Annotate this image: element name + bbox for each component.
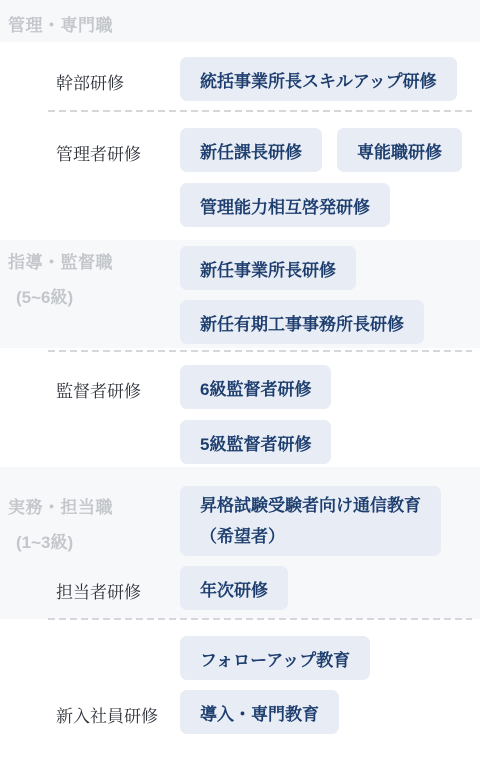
dashed-divider-1 bbox=[48, 110, 472, 112]
category-sublabel-staff-grade: (1~3級) bbox=[16, 528, 73, 553]
training-box-grade6-supervisor: 6級監督者研修 bbox=[180, 365, 331, 409]
training-box-intro-specialized-education: 導入・専門教育 bbox=[180, 690, 339, 734]
training-box-new-section-chief: 新任課長研修 bbox=[180, 128, 322, 172]
row-label-supervisor-training: 監督者研修 bbox=[56, 377, 141, 402]
category-label-staff: 実務・担当職 bbox=[8, 493, 113, 518]
training-box-management-mutual-dev: 管理能力相互啓発研修 bbox=[180, 183, 390, 227]
training-box-new-office-manager: 新任事業所長研修 bbox=[180, 246, 356, 290]
row-label-executive-training: 幹部研修 bbox=[56, 69, 124, 94]
training-box-promotion-exam-correspondence: 昇格試験受験者向け通信教育 （希望者） bbox=[180, 486, 441, 556]
row-label-manager-training: 管理者研修 bbox=[56, 140, 141, 165]
training-box-annual-training: 年次研修 bbox=[180, 566, 288, 610]
category-sublabel-supervisory-grade: (5~6級) bbox=[16, 283, 73, 308]
training-hierarchy-diagram: 管理・専門職 指導・監督職 (5~6級) 実務・担当職 (1~3級) 幹部研修 … bbox=[0, 0, 480, 759]
dashed-divider-2 bbox=[48, 350, 472, 352]
dashed-divider-3 bbox=[48, 618, 472, 620]
training-box-grade5-supervisor: 5級監督者研修 bbox=[180, 420, 331, 464]
training-box-general-manager-skillup: 統括事業所長スキルアップ研修 bbox=[180, 57, 457, 101]
row-label-new-employee-training: 新入社員研修 bbox=[56, 702, 158, 727]
training-box-specialist: 専能職研修 bbox=[337, 128, 462, 172]
row-label-staff-training: 担当者研修 bbox=[56, 578, 141, 603]
category-label-supervisory: 指導・監督職 bbox=[8, 248, 113, 273]
training-box-new-fixed-term-office-manager: 新任有期工事事務所長研修 bbox=[180, 300, 424, 344]
training-box-followup-education: フォローアップ教育 bbox=[180, 636, 370, 680]
category-label-management: 管理・専門職 bbox=[8, 11, 113, 36]
